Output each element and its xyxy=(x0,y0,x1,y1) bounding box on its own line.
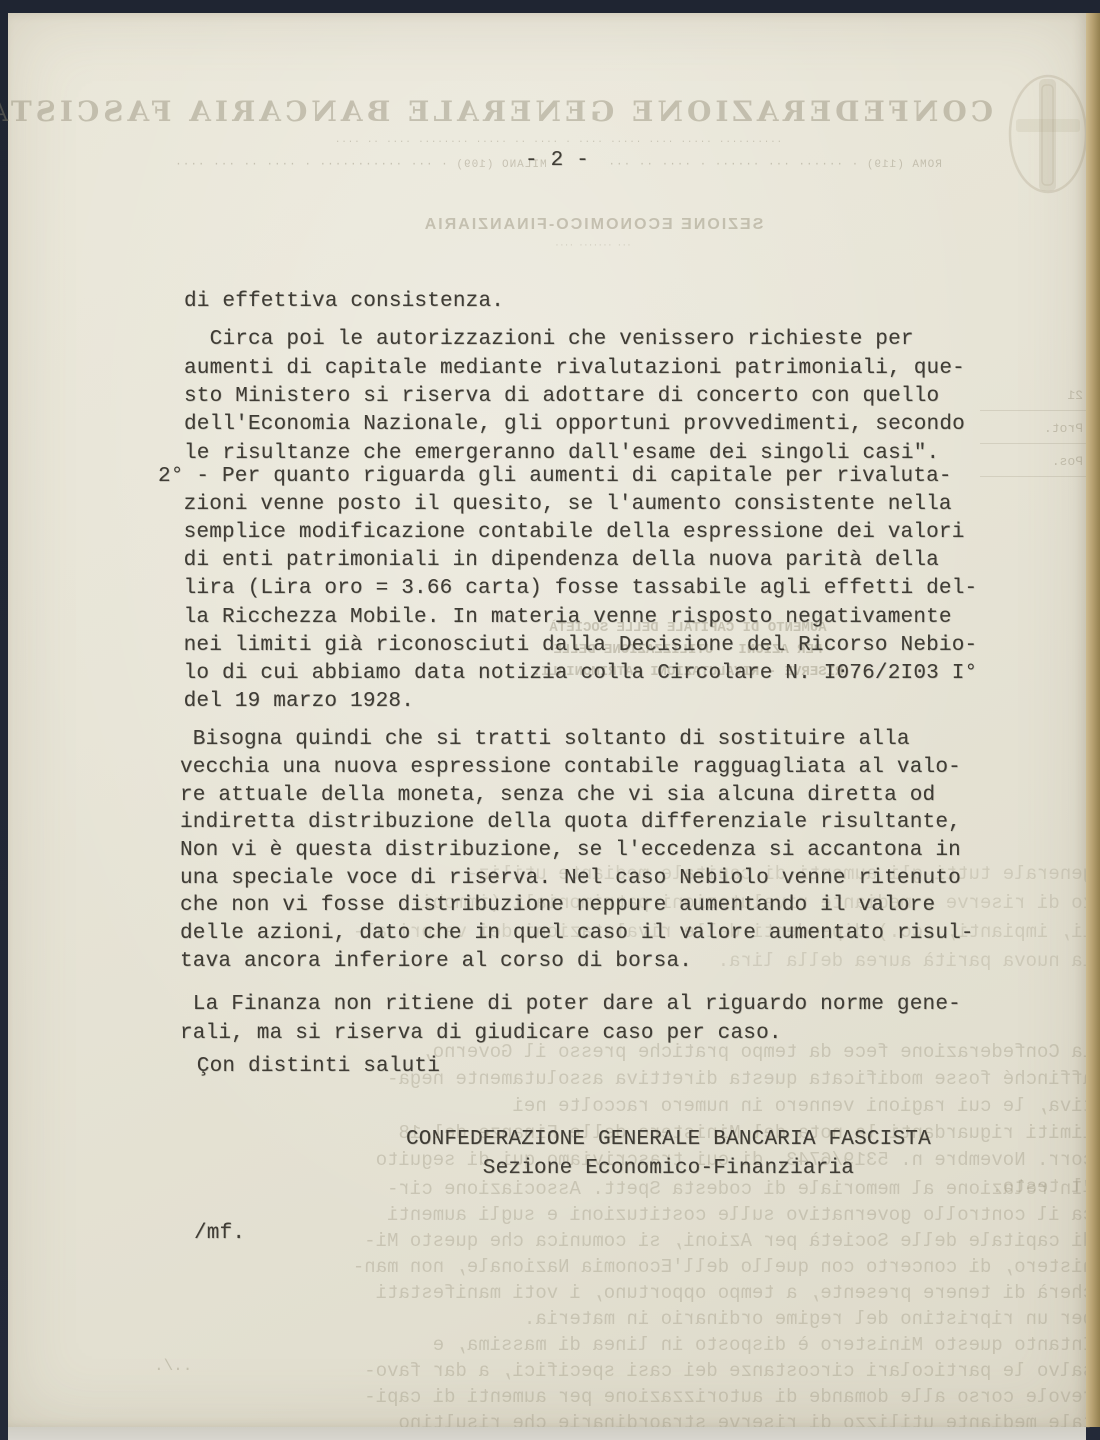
typed-line: lira (Lira oro = 3.66 carta) fosse tassa… xyxy=(158,575,977,603)
oval-stamp-icon xyxy=(1006,71,1090,197)
bleedthrough-line: nistero, di concerto con quello dell'Eco… xyxy=(138,1254,1094,1280)
bleedthrough-line: Intanto questo Ministero è disposto in l… xyxy=(138,1332,1094,1358)
bleedthrough-line: cherà di tenere presente, a tempo opport… xyxy=(138,1280,1094,1306)
signature-block: CONFEDERAZIONE GENERALE BANCARIA FASCIST… xyxy=(406,1041,931,1183)
typed-line: Bisogna quindi che si tratti soltanto di… xyxy=(180,726,974,754)
typist-initials: /mf. xyxy=(194,1135,245,1249)
typed-line: la Ricchezza Mobile. In materia venne ri… xyxy=(158,604,977,632)
scanner-bottom-edge xyxy=(8,1427,1086,1440)
bleedthrough-protocol-field: 21 xyxy=(980,383,1086,411)
bleedthrough-protocol-field: Prot. xyxy=(980,416,1086,444)
typed-line: /mf. xyxy=(194,1220,245,1248)
page-number: - 2 - xyxy=(525,147,589,175)
typed-line: vecchia una nuova espressione contabile … xyxy=(180,754,974,782)
typed-line: Non vi è questa distribuzione, se l'ecce… xyxy=(180,837,974,865)
typed-line: zioni venne posto il quesito, se l'aumen… xyxy=(158,491,977,519)
typed-line: Circa poi le autorizzazioni che venisser… xyxy=(184,326,965,354)
typed-line: Sezione Economico-Finanziaria xyxy=(406,1155,931,1183)
bleedthrough-line: salvo le particolari circostanze dei cas… xyxy=(138,1358,1094,1384)
scanned-letter-screenshot: { "page": { "number": "- 2 -", "body": {… xyxy=(0,0,1100,1440)
typed-line: indiretta distribuzione della quota diff… xyxy=(180,809,974,837)
typed-line: Çon distinti saluti xyxy=(184,1053,440,1081)
bleedthrough-protocol-field: Pos. xyxy=(980,449,1086,477)
page-sheet: CONFEDERAZIONE GENERALE BANCARIA FASCIST… xyxy=(8,13,1086,1427)
bleedthrough-letterhead-subline: ·········· ····· ···· ····· ···· · ···· … xyxy=(123,137,993,147)
closing-salutation: Çon distinti saluti xyxy=(184,968,440,1082)
page-right-edge xyxy=(1086,13,1100,1427)
bleedthrough-end-mark: ../. xyxy=(154,1357,192,1375)
bleedthrough-line: per un ripristino del regime ordinario i… xyxy=(138,1306,1094,1332)
bleedthrough-line: revole corso alle domande di autorizzazi… xyxy=(138,1384,1094,1410)
typed-line: di enti patrimoniali in dipendenza della… xyxy=(158,547,977,575)
bleedthrough-line: di capitale delle Società per Azioni, si… xyxy=(138,1228,1094,1254)
bleedthrough-letterhead-title: CONFEDERAZIONE GENERALE BANCARIA FASCIST… xyxy=(123,95,993,128)
typed-line: semplice modificazione contabile della e… xyxy=(158,519,977,547)
typed-line: 2° - Per quanto riguarda gli aumenti di … xyxy=(158,463,977,491)
typed-line: CONFEDERAZIONE GENERALE BANCARIA FASCIST… xyxy=(406,1126,931,1154)
typed-line: re attuale della moneta, senza che vi si… xyxy=(180,782,974,810)
bleedthrough-line: ca il controllo governativo sulle costit… xyxy=(138,1202,1094,1228)
typed-line: una speciale voce di riserva. Nel caso N… xyxy=(180,865,974,893)
bleedthrough-protocol-fields: 21Prot.Pos. xyxy=(980,305,1086,482)
